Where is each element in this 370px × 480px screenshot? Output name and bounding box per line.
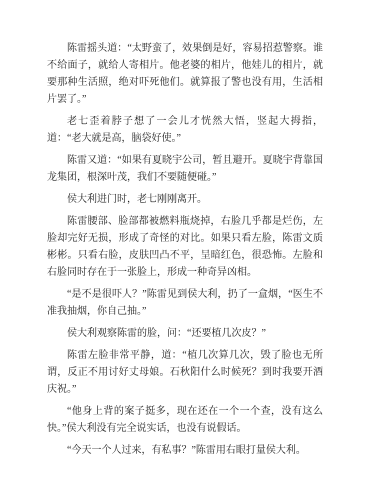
paragraph: 陈雷摇头道：“太野蛮了，效果倒是好，容易招惹警察。谁不给面子，就给人寄相片。他老… (47, 40, 323, 108)
paragraph: 侯大利观察陈雷的脸，问：“还要植几次皮？” (47, 325, 323, 342)
paragraph: 侯大利进门时，老七刚刚离开。 (47, 191, 323, 208)
page-content: 陈雷摇头道：“太野蛮了，效果倒是好，容易招惹警察。谁不给面子，就给人寄相片。他老… (47, 40, 323, 464)
paragraph: 陈雷腰部、脸部都被燃料瓶烧掉，右脸几乎都是烂伤，左脸却完好无损，形成了奇怪的对比… (47, 213, 323, 281)
paragraph: “是不是很吓人？”陈雷见到侯大利，扔了一盒烟，“医生不准我抽烟，你自己抽。” (47, 286, 323, 320)
paragraph: 老七歪着脖子想了一会儿才恍然大悟，竖起大拇指，道：“老大就是高，脑袋好使。” (47, 113, 323, 147)
book-page: 陈雷摇头道：“太野蛮了，效果倒是好，容易招惹警察。谁不给面子，就给人寄相片。他老… (0, 0, 370, 480)
paragraph: 陈雷左脸非常平静，道：“植几次算几次，毁了脸也无所谓，反正不用讨好丈母娘。石秋阳… (47, 347, 323, 398)
paragraph: “他身上背的案子挺多，现在还在一个一个查，没有这么快。”侯大利没有完全说实话，也… (47, 403, 323, 437)
paragraph: “今天一个人过来，有私事？”陈雷用右眼打量侯大利。 (47, 442, 323, 459)
paragraph: 陈雷又道：“如果有夏晓宇公司，暂且避开。夏晓宇背靠国龙集团，根深叶茂，我们不要随… (47, 152, 323, 186)
